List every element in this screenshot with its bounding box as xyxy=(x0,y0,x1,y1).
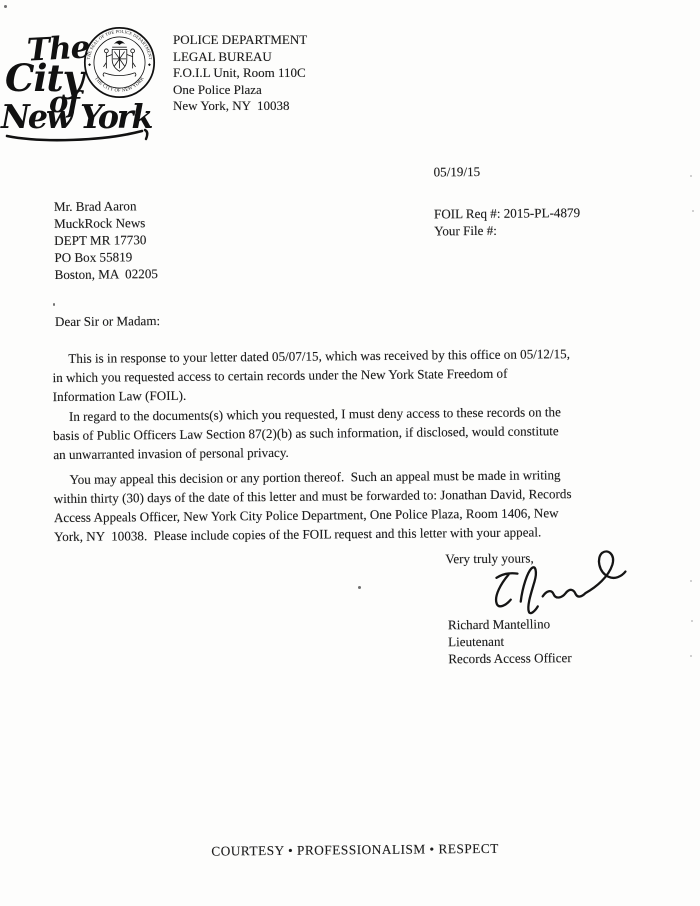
scan-artifact xyxy=(53,303,55,306)
your-file-number: Your File #: xyxy=(434,221,580,239)
letter-body: 05/19/15 FOIL Req #: 2015-PL-4879 Your F… xyxy=(0,0,700,906)
scanned-letter-page: The City of New York THE SEAL OF THE POL… xyxy=(0,0,700,906)
salutation: Dear Sir or Madam: xyxy=(55,311,160,331)
scan-artifact xyxy=(690,655,692,657)
scan-artifact xyxy=(4,5,7,8)
scan-artifact xyxy=(690,580,692,582)
foil-request-number: FOIL Req #: 2015-PL-4879 xyxy=(434,204,580,222)
paragraph-denial: In regard to the documents(s) which you … xyxy=(53,402,561,464)
handwritten-signature-scribble xyxy=(484,548,635,619)
scan-artifact xyxy=(692,210,694,212)
scan-artifact xyxy=(691,620,693,622)
scan-artifact xyxy=(690,175,692,177)
signer-rank: Lieutenant xyxy=(448,632,572,650)
letter-date: 05/19/15 xyxy=(434,162,481,181)
recipient-address: Mr. Brad Aaron MuckRock News DEPT MR 177… xyxy=(54,197,158,283)
paragraph-appeal: You may appeal this decision or any port… xyxy=(53,465,572,546)
signer-name: Richard Mantellino xyxy=(448,615,572,633)
paragraph-response: This is in response to your letter dated… xyxy=(52,344,570,406)
signer-title: Records Access Officer xyxy=(448,649,572,667)
signature-block: Richard Mantellino Lieutenant Records Ac… xyxy=(448,615,572,667)
footer-motto: COURTESY • PROFESSIONALISM • RESPECT xyxy=(5,839,700,862)
reference-numbers: FOIL Req #: 2015-PL-4879 Your File #: xyxy=(434,204,580,239)
scan-artifact xyxy=(358,586,361,589)
